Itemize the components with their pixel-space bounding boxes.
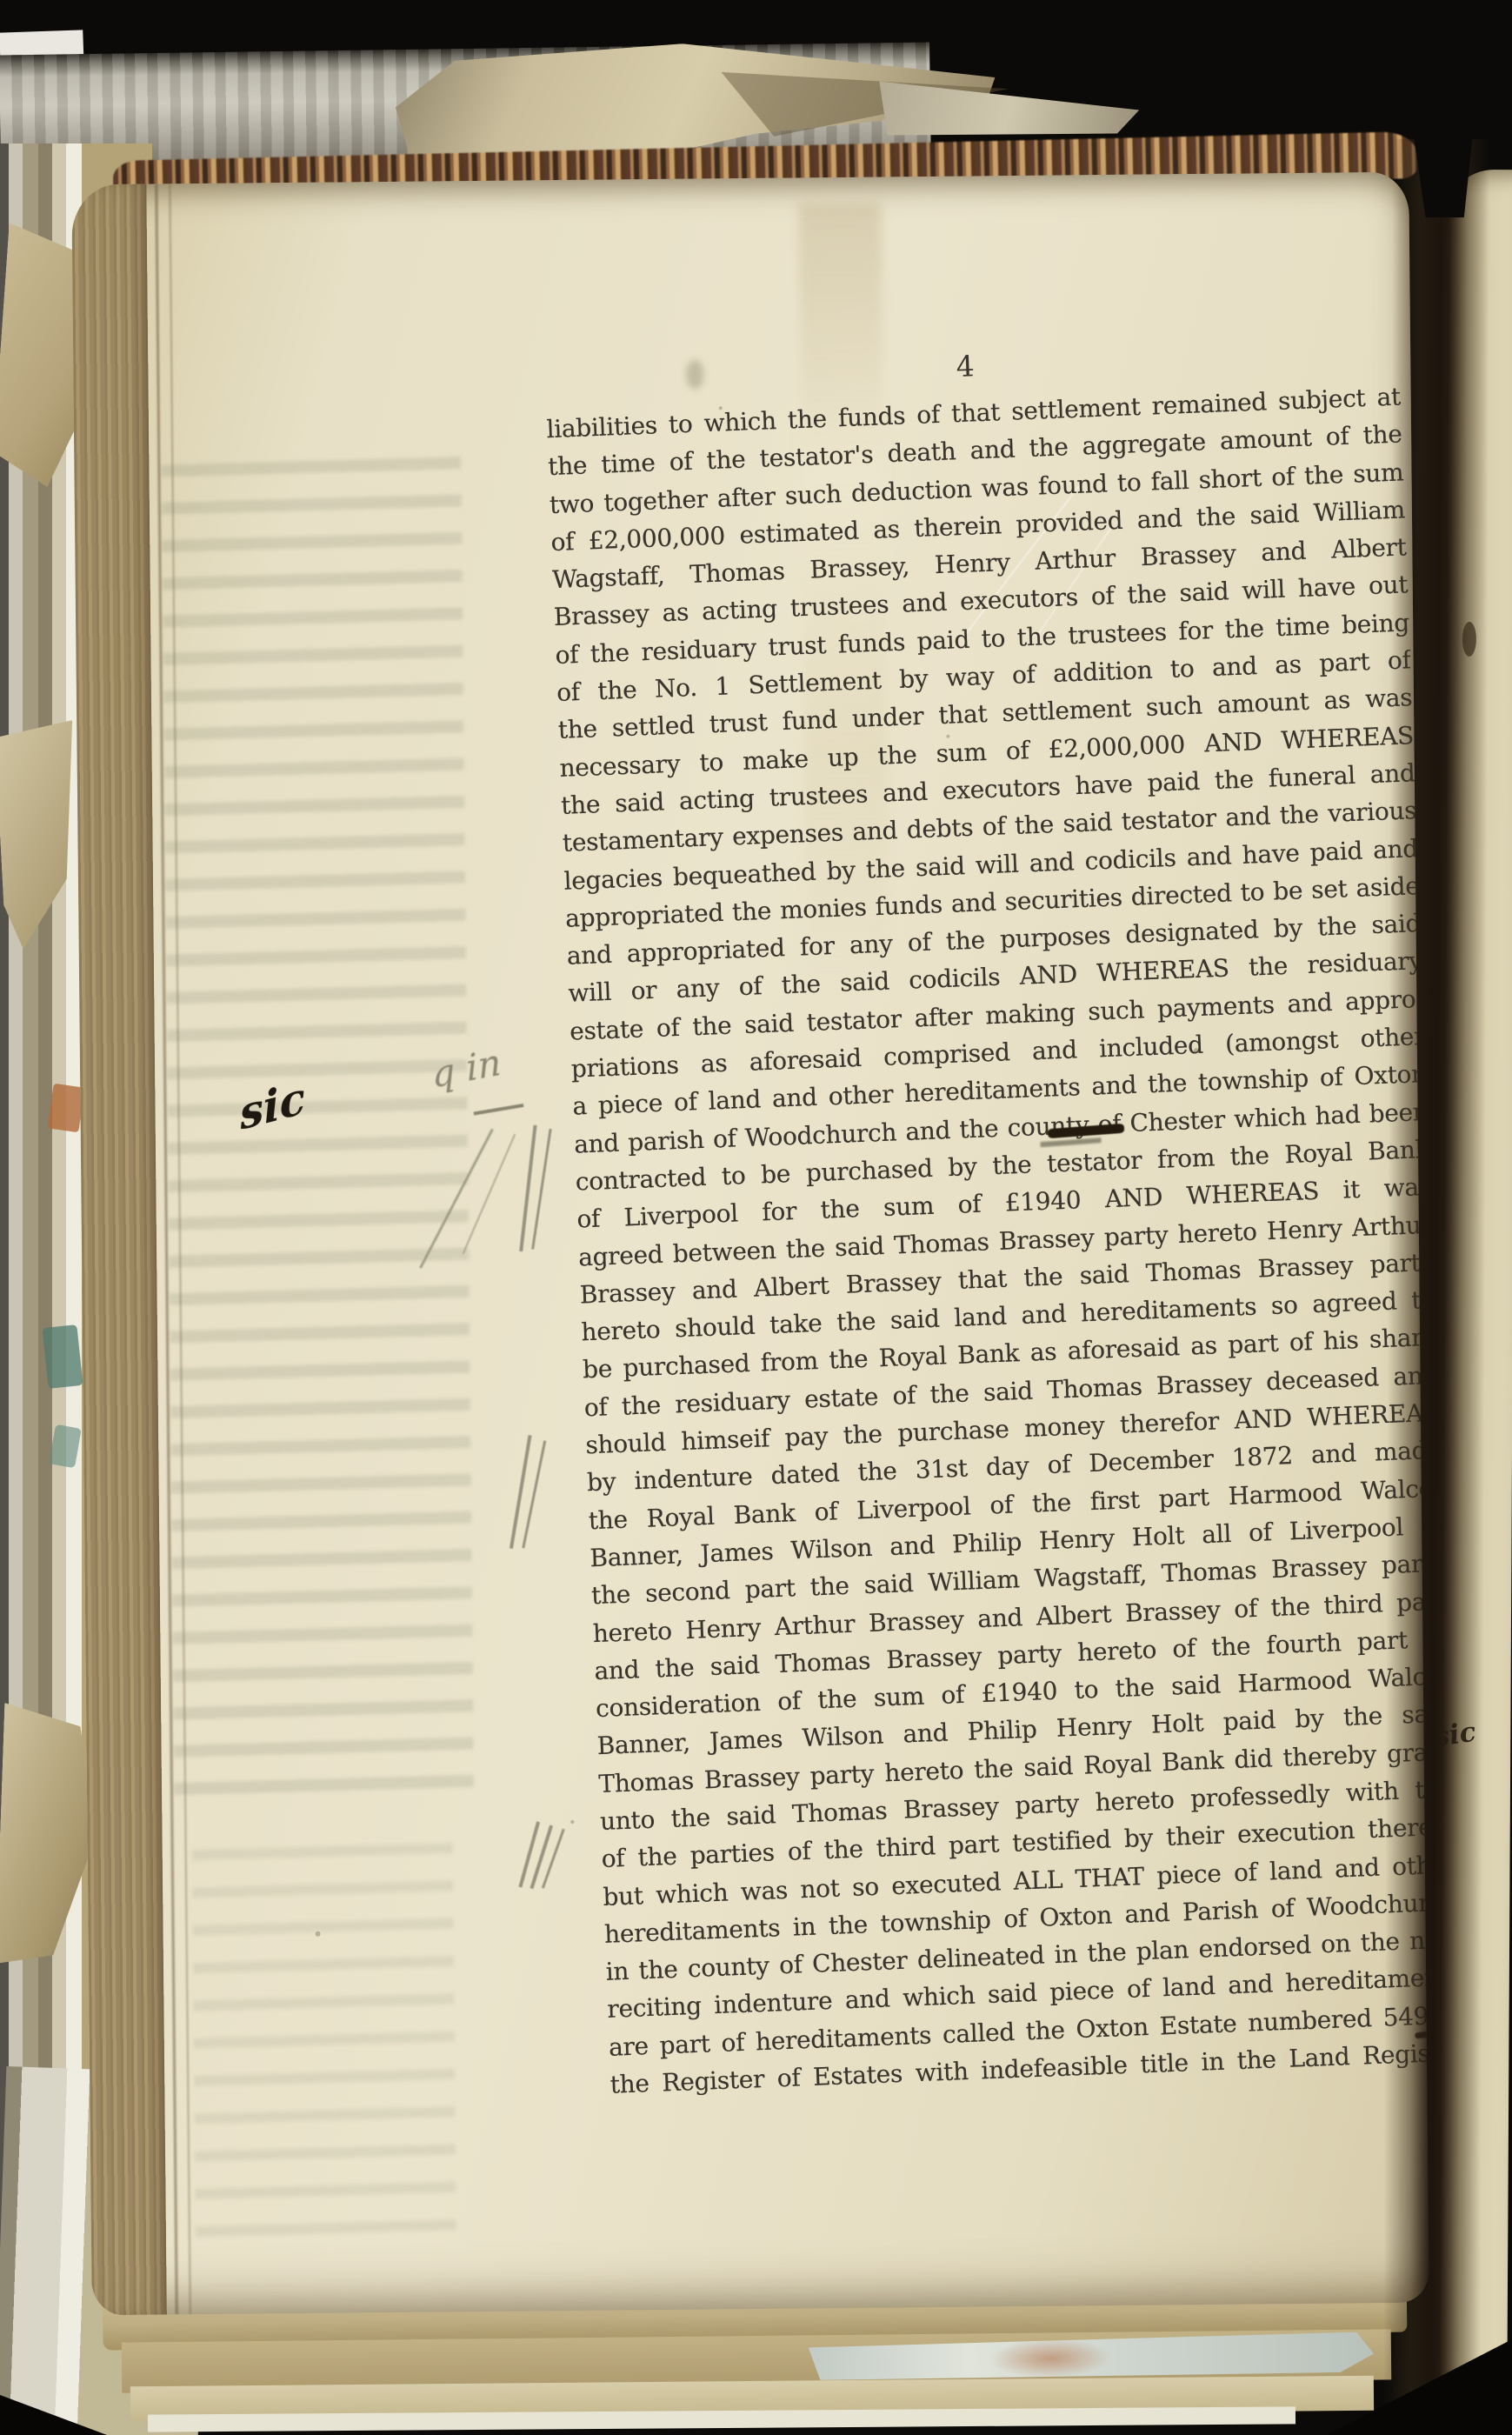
main-page: 4 liabilities to which the funds of that…: [71, 172, 1429, 2316]
paper-specks: [71, 184, 75, 188]
pencil-annotation-underline: [474, 1104, 524, 1116]
pencil-margin-mark: [510, 1435, 532, 1549]
teal-fleck: [42, 1324, 83, 1389]
book-photograph: 4 liabilities to which the funds of that…: [0, 0, 1512, 2435]
showthrough-text: [161, 450, 474, 1810]
showthrough-text: [192, 1833, 457, 2253]
text-block-lines: liabilities to which the funds of that s…: [546, 377, 1429, 2104]
rust-fleck: [48, 1084, 85, 1133]
pencil-stray-stroke: [463, 1134, 516, 1254]
gutter-shadow: [1382, 139, 1490, 2435]
faint-smudge: [686, 359, 703, 389]
page-number: 4: [947, 349, 982, 384]
text-block: 4 liabilities to which the funds of that…: [546, 377, 1429, 2113]
